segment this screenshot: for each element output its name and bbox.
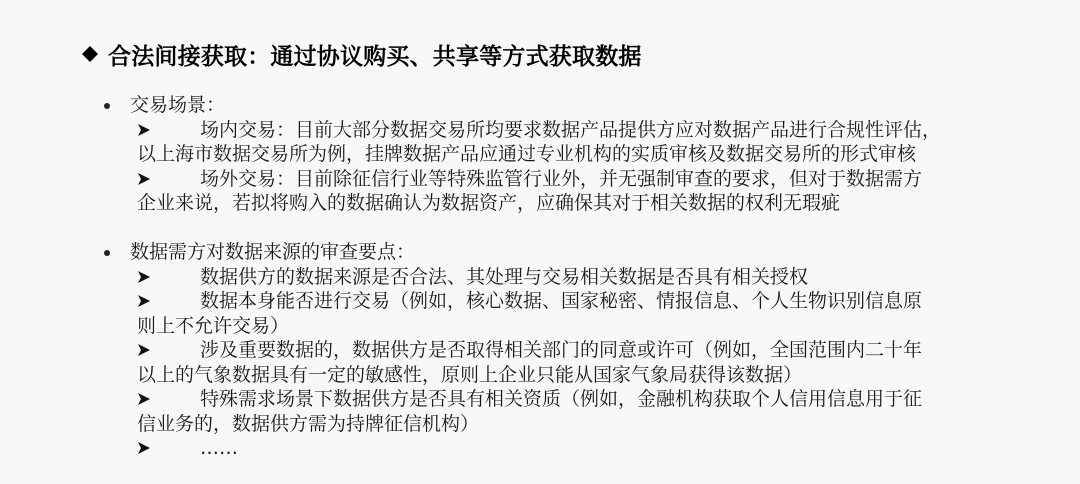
list-item-text: 数据供方的数据来源是否合法、其处理与交易相关数据是否具有相关授权	[200, 266, 808, 288]
arrowhead-icon	[137, 294, 151, 308]
arrowhead-icon	[137, 343, 151, 357]
arrowhead-icon	[137, 441, 151, 455]
section-source-review-points: 数据需方对数据来源的审查要点： 数据供方的数据来源是否合法、其处理与交易相关数据…	[100, 240, 1000, 461]
list-item: 场内交易：目前大部分数据交易所均要求数据产品提供方应对数据产品进行合规性评估，	[100, 118, 1000, 143]
section-title: 数据需方对数据来源的审查要点：	[100, 240, 1000, 265]
list-item-continuation: 以上海市数据交易所为例，挂牌数据产品应通过专业机构的实质审核及数据交易所的形式审…	[100, 142, 1000, 167]
heading-text: 合法间接获取：通过协议购买、共享等方式获取数据	[108, 38, 642, 71]
section-trading-scenarios: 交易场景： 场内交易：目前大部分数据交易所均要求数据产品提供方应对数据产品进行合…	[100, 93, 1000, 216]
bullet-dot-icon	[104, 250, 110, 256]
list-item-text: ……	[200, 437, 238, 459]
list-item-continuation: 信业务的，数据供方需为持牌征信机构）	[100, 412, 1000, 437]
arrowhead-icon	[137, 123, 151, 137]
section-title: 交易场景：	[100, 93, 1000, 118]
list-item-text: 数据本身能否进行交易（例如，核心数据、国家秘密、情报信息、个人生物识别信息原	[200, 290, 922, 312]
list-item: ……	[100, 436, 1000, 461]
section-title-text: 数据需方对数据来源的审查要点：	[130, 241, 415, 263]
list-item: 特殊需求场景下数据供方是否具有相关资质（例如，金融机构获取个人信用信息用于征	[100, 387, 1000, 412]
list-item: 场外交易：目前除征信行业等特殊监管行业外，并无强制审查的要求，但对于数据需方	[100, 167, 1000, 192]
list-item: 数据本身能否进行交易（例如，核心数据、国家秘密、情报信息、个人生物识别信息原	[100, 289, 1000, 314]
list-item-text: 涉及重要数据的，数据供方是否取得相关部门的同意或许可（例如，全国范围内二十年	[200, 339, 922, 361]
list-item-continuation: 则上不允许交易）	[100, 314, 1000, 339]
section-title-text: 交易场景：	[130, 94, 225, 116]
list-item: 涉及重要数据的，数据供方是否取得相关部门的同意或许可（例如，全国范围内二十年	[100, 338, 1000, 363]
list-item-text: 场内交易：目前大部分数据交易所均要求数据产品提供方应对数据产品进行合规性评估，	[200, 119, 941, 141]
arrowhead-icon	[137, 270, 151, 284]
arrowhead-icon	[137, 392, 151, 406]
list-item-continuation: 企业来说，若拟将购入的数据确认为数据资产，应确保其对于相关数据的权利无瑕疵	[100, 191, 1000, 216]
slide-heading: 合法间接获取：通过协议购买、共享等方式获取数据	[76, 38, 642, 70]
bullet-dot-icon	[104, 103, 110, 109]
list-item-continuation: 以上的气象数据具有一定的敏感性，原则上企业只能从国家气象局获得该数据）	[100, 363, 1000, 388]
list-item-text: 场外交易：目前除征信行业等特殊监管行业外，并无强制审查的要求，但对于数据需方	[200, 168, 922, 190]
list-item: 数据供方的数据来源是否合法、其处理与交易相关数据是否具有相关授权	[100, 265, 1000, 290]
list-item-text: 特殊需求场景下数据供方是否具有相关资质（例如，金融机构获取个人信用信息用于征	[200, 388, 922, 410]
arrowhead-icon	[137, 172, 151, 186]
diamond-icon	[82, 46, 98, 62]
